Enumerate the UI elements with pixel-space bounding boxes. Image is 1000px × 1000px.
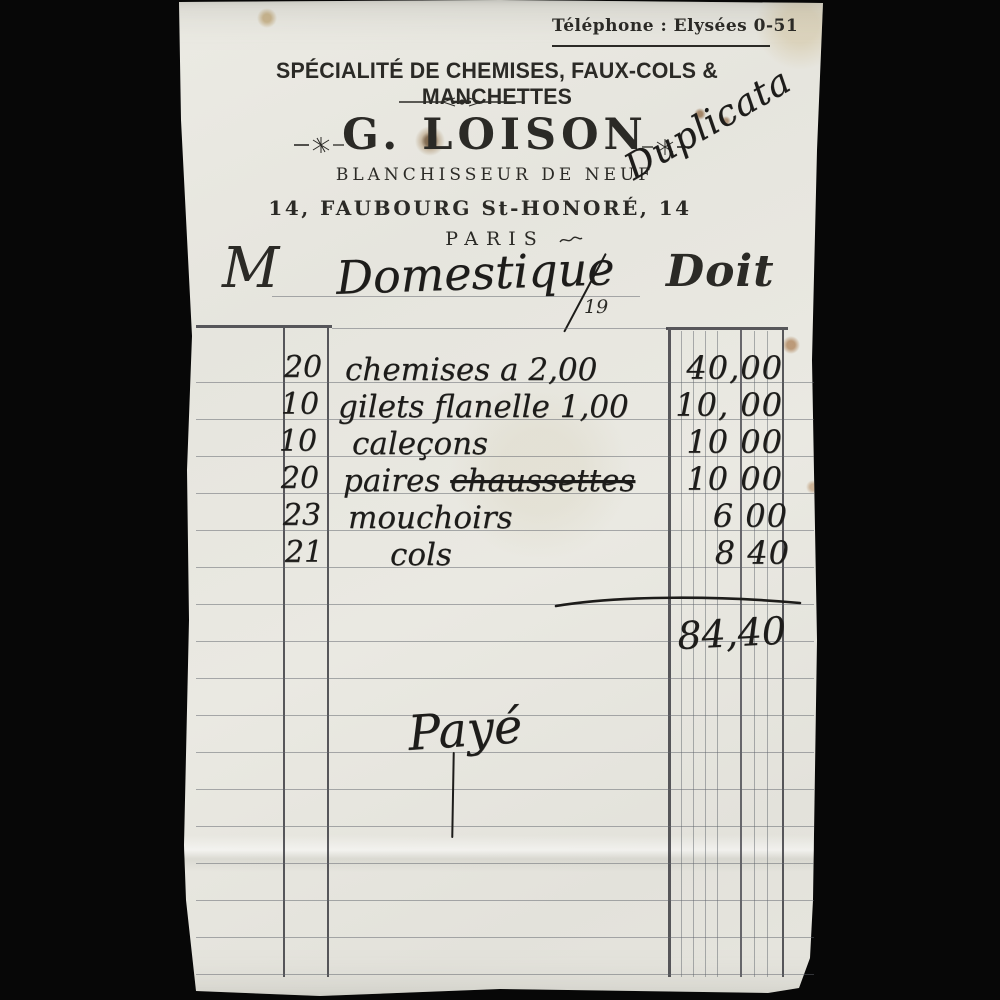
street-address: 14, FAUBOURG St-HONORÉ, 14: [180, 196, 780, 220]
telephone-underline: [552, 45, 770, 47]
total-amount: 84,40: [649, 608, 787, 659]
row-description-text: chemises a 2,00: [345, 352, 597, 388]
row-quantity: 10: [275, 424, 321, 459]
row-description: cols: [390, 537, 452, 573]
row-description-text: caleçons: [352, 426, 488, 462]
row-amount: 10 00: [655, 423, 783, 461]
row-description-text: paires: [343, 463, 450, 499]
row-amount: 10 00: [655, 460, 783, 498]
row-amount: 8 40: [662, 534, 790, 572]
rule-line: [196, 937, 814, 938]
rule-line: [196, 863, 814, 864]
table-top-border-right: [666, 327, 788, 330]
row-quantity: 23: [279, 498, 325, 533]
scanned-invoice: Téléphone : Elysées 0-51 SPÉCIALITÉ DE C…: [0, 0, 1000, 1000]
divider-ornament-icon: [397, 96, 527, 108]
row-quantity: 21: [281, 535, 327, 570]
qty-column-line-right: [327, 328, 329, 977]
salutation-m: M: [222, 236, 279, 301]
row-description: paires chaussettes: [343, 463, 635, 499]
year-prefix: 19: [584, 296, 608, 318]
row-quantity: 20: [277, 461, 323, 496]
row-amount: 40,00: [655, 349, 783, 387]
rule-line: [196, 826, 814, 827]
row-amount: 10, 00: [655, 386, 783, 424]
row-description: caleçons: [352, 426, 488, 462]
row-description-text: gilets flanelle 1,00: [338, 389, 629, 425]
table-top-border-left: [196, 325, 332, 328]
row-description: mouchoirs: [348, 500, 513, 536]
rule-line: [196, 900, 814, 901]
doit-label: Doit: [666, 246, 792, 297]
row-description-text: cols: [390, 537, 452, 573]
row-description: chemises a 2,00: [345, 352, 597, 388]
table-top-border-middle: [332, 328, 668, 329]
rule-line: [196, 974, 814, 975]
row-quantity: 10: [277, 387, 323, 422]
rule-line: [196, 789, 814, 790]
row-description: gilets flanelle 1,00: [338, 389, 629, 425]
row-quantity: 20: [280, 350, 326, 385]
telephone-line: Téléphone : Elysées 0-51: [552, 16, 798, 36]
rule-line: [196, 678, 814, 679]
row-amount: 6 00: [660, 497, 788, 535]
paid-note: Payé: [406, 698, 524, 762]
row-description-text: mouchoirs: [348, 500, 513, 536]
row-description-struck: chaussettes: [450, 463, 635, 499]
